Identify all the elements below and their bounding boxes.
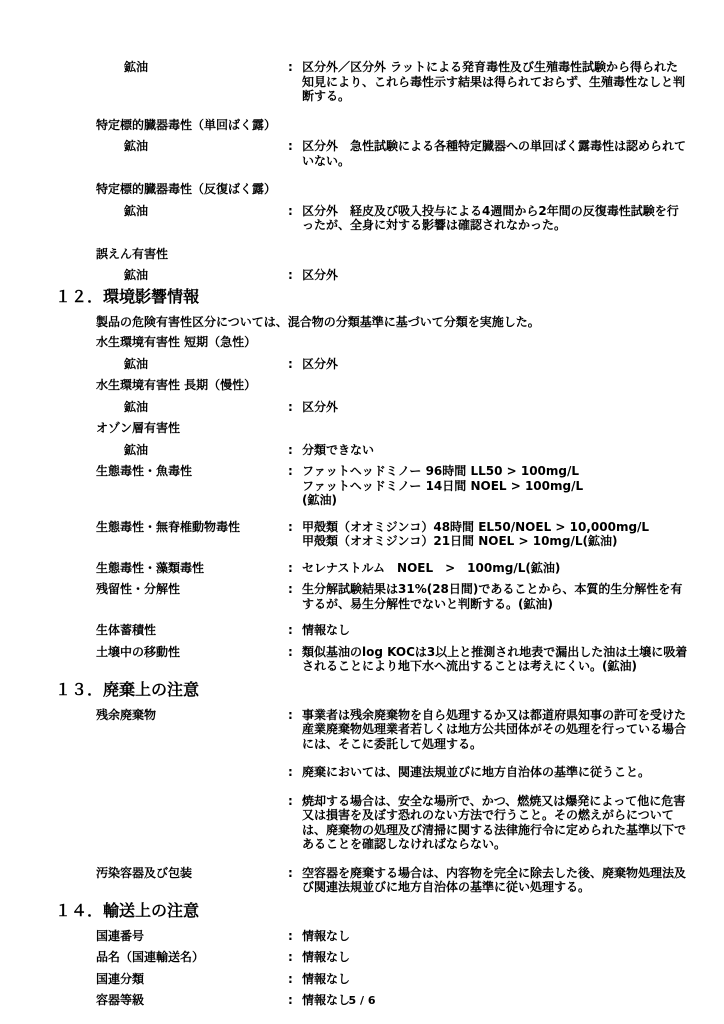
field-value: 区分外 — [302, 268, 688, 283]
field-value: ファットヘッドミノー 96時間 LL50 > 100mg/L ファットヘッドミノ… — [302, 464, 688, 508]
field-row-un-number: 国連番号 : 情報なし — [0, 929, 724, 944]
group-title-aspiration-hazard: 誤えん有害性 — [0, 247, 724, 262]
field-label: 生体蓄積性 — [0, 623, 288, 638]
field-label: 鉱油 — [0, 443, 288, 458]
field-label: 鉱油 — [0, 400, 288, 415]
colon-separator: : — [288, 950, 302, 965]
colon-separator: : — [288, 929, 302, 944]
field-label: 鉱油 — [0, 268, 288, 283]
section-intro-text: 製品の危険有害性区分については、混合物の分類基準に基づいて分類を実施した。 — [0, 315, 724, 330]
field-label: 生態毒性・無脊椎動物毒性 — [0, 520, 288, 535]
group-title-aquatic-acute: 水生環境有害性 短期（急性） — [0, 335, 724, 350]
colon-separator: : — [288, 645, 302, 660]
field-label: 生態毒性・藻類毒性 — [0, 561, 288, 576]
field-label: 残余廃棄物 — [0, 708, 288, 723]
colon-separator: : — [288, 139, 302, 154]
section-heading-disposal: １３．廃棄上の注意 — [0, 680, 724, 700]
field-row-fish-toxicity: 生態毒性・魚毒性 : ファットヘッドミノー 96時間 LL50 > 100mg/… — [0, 464, 724, 508]
field-row-algae-toxicity: 生態毒性・藻類毒性 : セレナストルム NOEL > 100mg/L(鉱油) — [0, 561, 724, 576]
page-number: 5 / 6 — [0, 994, 724, 1009]
colon-separator: : — [288, 204, 302, 219]
section-heading-environmental-info: １２．環境影響情報 — [0, 287, 724, 307]
field-row-soil-mobility: 土壌中の移動性 : 類似基油のlog KOCは3以上と推測され地表で漏出した油は… — [0, 645, 724, 674]
field-value: 空容器を廃棄する場合は、内容物を完全に除去した後、廃棄物処理法及び関連法規並びに… — [302, 866, 688, 895]
group-title-ozone-layer: オゾン層有害性 — [0, 421, 724, 436]
field-row-disposal-regulations: : 廃棄においては、関連法規並びに地方自治体の基準に従うこと。 — [0, 765, 724, 780]
colon-separator: : — [288, 400, 302, 415]
field-row-reproductive-toxicity: 鉱油 : 区分外／区分外 ラットによる発育毒性及び生殖毒性試験から得られた知見に… — [0, 60, 724, 104]
colon-separator: : — [288, 464, 302, 479]
field-row-aquatic-acute: 鉱油 : 区分外 — [0, 357, 724, 372]
field-label: 生態毒性・魚毒性 — [0, 464, 288, 479]
field-value: 情報なし — [302, 623, 688, 638]
colon-separator: : — [288, 268, 302, 283]
field-value: 区分外／区分外 ラットによる発育毒性及び生殖毒性試験から得られた知見により、これ… — [302, 60, 688, 104]
colon-separator: : — [288, 582, 302, 597]
field-value: 区分外 — [302, 400, 688, 415]
colon-separator: : — [288, 708, 302, 723]
field-row-residual-waste: 残余廃棄物 : 事業者は残余廃棄物を自ら処理するか又は都道府県知事の許可を受けた… — [0, 708, 724, 752]
field-row-contaminated-containers: 汚染容器及び包装 : 空容器を廃棄する場合は、内容物を完全に除去した後、廃棄物処… — [0, 866, 724, 895]
field-row-persistence-degradability: 残留性・分解性 : 生分解試験結果は31%(28日間)であることから、本質的生分… — [0, 582, 724, 611]
colon-separator: : — [288, 60, 302, 75]
field-value: 区分外 経皮及び吸入投与による4週間から2年間の反復毒性試験を行ったが、全身に対… — [302, 204, 688, 233]
field-label: 汚染容器及び包装 — [0, 866, 288, 881]
colon-separator: : — [288, 357, 302, 372]
field-row-incineration: : 焼却する場合は、安全な場所で、かつ、燃焼又は爆発によって他に危害又は損害を及… — [0, 794, 724, 852]
field-label: 残留性・分解性 — [0, 582, 288, 597]
field-value: 分類できない — [302, 443, 688, 458]
field-value: 情報なし — [302, 972, 688, 987]
field-value: 情報なし — [302, 950, 688, 965]
colon-separator: : — [288, 972, 302, 987]
field-label: 品名（国連輸送名） — [0, 950, 288, 965]
field-row-aquatic-chronic: 鉱油 : 区分外 — [0, 400, 724, 415]
field-label: 土壌中の移動性 — [0, 645, 288, 660]
field-value: 甲殻類（オオミジンコ）48時間 EL50/NOEL > 10,000mg/L 甲… — [302, 520, 688, 549]
field-row-invertebrate-toxicity: 生態毒性・無脊椎動物毒性 : 甲殻類（オオミジンコ）48時間 EL50/NOEL… — [0, 520, 724, 549]
field-value: セレナストルム NOEL > 100mg/L(鉱油) — [302, 561, 688, 576]
field-label: 国連番号 — [0, 929, 288, 944]
group-title-aquatic-chronic: 水生環境有害性 長期（慢性） — [0, 378, 724, 393]
section-heading-transport: １４．輸送上の注意 — [0, 901, 724, 921]
field-row-un-shipping-name: 品名（国連輸送名） : 情報なし — [0, 950, 724, 965]
field-value: 生分解試験結果は31%(28日間)であることから、本質的生分解性を有するが、易生… — [302, 582, 688, 611]
field-label: 国連分類 — [0, 972, 288, 987]
field-value: 類似基油のlog KOCは3以上と推測され地表で漏出した油は土壌に吸着されること… — [302, 645, 688, 674]
group-title-stot-single: 特定標的臓器毒性（単回ばく露） — [0, 118, 724, 133]
colon-separator: : — [288, 794, 302, 809]
field-value: 廃棄においては、関連法規並びに地方自治体の基準に従うこと。 — [302, 765, 688, 780]
group-title-stot-repeated: 特定標的臓器毒性（反復ばく露） — [0, 182, 724, 197]
colon-separator: : — [288, 765, 302, 780]
document-page: 鉱油 : 区分外／区分外 ラットによる発育毒性及び生殖毒性試験から得られた知見に… — [0, 0, 724, 1024]
field-label: 鉱油 — [0, 60, 288, 75]
field-label: 鉱油 — [0, 357, 288, 372]
colon-separator: : — [288, 561, 302, 576]
field-row-stot-single: 鉱油 : 区分外 急性試験による各種特定臓器への単回ばく露毒性は認められていない… — [0, 139, 724, 168]
colon-separator: : — [288, 866, 302, 881]
colon-separator: : — [288, 623, 302, 638]
field-value: 情報なし — [302, 929, 688, 944]
field-label: 鉱油 — [0, 204, 288, 219]
field-value: 区分外 急性試験による各種特定臓器への単回ばく露毒性は認められていない。 — [302, 139, 688, 168]
field-row-ozone-layer: 鉱油 : 分類できない — [0, 443, 724, 458]
field-value: 事業者は残余廃棄物を自ら処理するか又は都道府県知事の許可を受けた産業廃棄物処理業… — [302, 708, 688, 752]
field-row-bioaccumulation: 生体蓄積性 : 情報なし — [0, 623, 724, 638]
colon-separator: : — [288, 443, 302, 458]
field-row-stot-repeated: 鉱油 : 区分外 経皮及び吸入投与による4週間から2年間の反復毒性試験を行ったが… — [0, 204, 724, 233]
field-value: 区分外 — [302, 357, 688, 372]
field-row-un-classification: 国連分類 : 情報なし — [0, 972, 724, 987]
colon-separator: : — [288, 520, 302, 535]
field-value: 焼却する場合は、安全な場所で、かつ、燃焼又は爆発によって他に危害又は損害を及ぼす… — [302, 794, 688, 852]
field-label: 鉱油 — [0, 139, 288, 154]
field-row-aspiration-hazard: 鉱油 : 区分外 — [0, 268, 724, 283]
